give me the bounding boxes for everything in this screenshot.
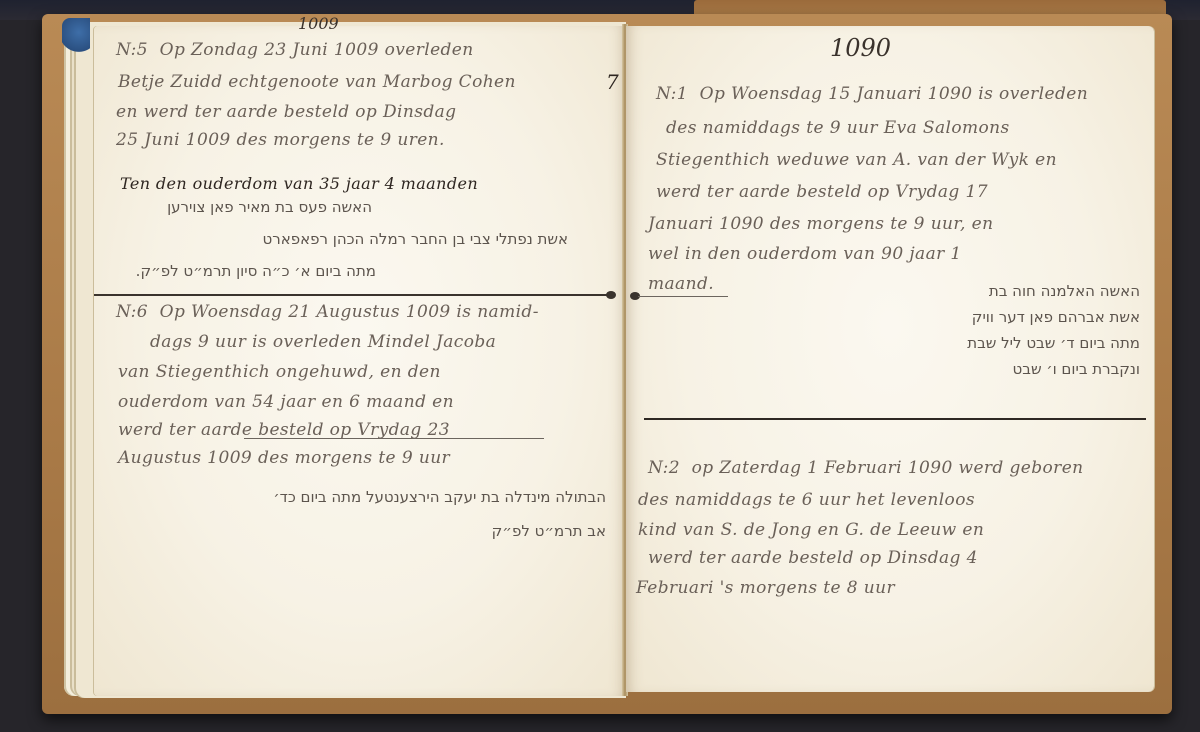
entry-6-line-3: van Stiegenthich ongehuwd, en den: [118, 362, 441, 382]
entry-6-line-5: werd ter aarde besteld op Vrydag 23: [118, 420, 450, 440]
margin-mark: 7: [606, 70, 619, 94]
entry-divider-continuation: [638, 296, 728, 297]
ink-blot: [606, 291, 616, 299]
entry-5-hebrew-1: האשה פעס בת מאיר פאן צוירען: [167, 198, 372, 216]
entry-5-line-2: Betje Zuidd echtgenoote van Marbog Cohen: [118, 72, 516, 92]
underline-mark: [244, 438, 544, 439]
blue-cloth-corner: [62, 18, 90, 54]
entry-5-hebrew-2: אשת נפתלי צבי בן החבר רמלה הכהן רפאפארט: [263, 230, 568, 248]
entry-1-hebrew-1: האשה האלמנה חוה בת: [989, 282, 1140, 300]
entry-6-hebrew-2: אב תרמ״ט לפ״ק: [492, 522, 606, 540]
entry-6-number: N:6: [116, 302, 148, 322]
entry-divider: [94, 294, 610, 296]
entry-6-line-1: N:6 Op Woensdag 21 Augustus 1009 is nami…: [116, 302, 539, 322]
entry-1-line-5: Januari 1090 des morgens te 9 uur, en: [648, 214, 993, 234]
entry-2-line-1: N:2 op Zaterdag 1 Februari 1090 werd geb…: [648, 458, 1084, 478]
entry-1-hebrew-4: ונקברת ביום ו׳ שבט: [1013, 360, 1140, 378]
entry-1-line-3: Stiegenthich weduwe van A. van der Wyk e…: [656, 150, 1057, 170]
entry-1-number: N:1: [656, 84, 688, 104]
entry-6-hebrew-1: הבתולה מינדלה בת יעקב הירצענטעל מתה ביום…: [273, 488, 606, 506]
right-year-header: 1090: [830, 34, 891, 62]
entry-5-line-1: N:5 Op Zondag 23 Juni 1009 overleden: [116, 40, 474, 60]
entry-1-line-4: werd ter aarde besteld op Vrydag 17: [656, 182, 988, 202]
entry-5-age-line: Ten den ouderdom van 35 jaar 4 maanden: [120, 174, 478, 193]
entry-1-line-7: maand.: [648, 274, 714, 294]
entry-5-line-4: 25 Juni 1009 des morgens te 9 uren.: [116, 130, 445, 150]
entry-5-hebrew-3: מתה ביום א׳ כ״ה סיון תרמ״ט לפ״ק.: [136, 262, 376, 280]
entry-2-line-5: Februari 's morgens te 8 uur: [636, 578, 895, 598]
entry-1-line-1: N:1 Op Woensdag 15 Januari 1090 is overl…: [656, 84, 1088, 104]
right-page: 1090 N:1 Op Woensdag 15 Januari 1090 is …: [626, 26, 1154, 692]
entry-2-line-2: des namiddags te 6 uur het levenloos: [638, 490, 975, 510]
entry-divider: [644, 418, 1146, 420]
left-year-header: 1009: [298, 14, 339, 33]
entry-6-line-2: dags 9 uur is overleden Mindel Jacoba: [150, 332, 496, 352]
entry-1-line-2: des namiddags te 9 uur Eva Salomons: [666, 118, 1010, 138]
entry-1-hebrew-2: אשת אברהם פאן דער וויק: [972, 308, 1140, 326]
entry-2-line-4: werd ter aarde besteld op Dinsdag 4: [648, 548, 978, 568]
entry-6-line-6: Augustus 1009 des morgens te 9 uur: [118, 448, 450, 468]
entry-6-line-4: ouderdom van 54 jaar en 6 maand en: [118, 392, 454, 412]
entry-2-number: N:2: [648, 458, 680, 478]
entry-2-line-3: kind van S. de Jong en G. de Leeuw en: [638, 520, 984, 540]
left-page: 1009 N:5 Op Zondag 23 Juni 1009 overlede…: [94, 26, 626, 696]
entry-5-number: N:5: [116, 40, 148, 60]
entry-5-line-3: en werd ter aarde besteld op Dinsdag: [116, 102, 456, 122]
entry-1-line-6: wel in den ouderdom van 90 jaar 1: [648, 244, 962, 264]
entry-1-hebrew-3: מתה ביום ד׳ שבט ליל שבת: [967, 334, 1140, 352]
